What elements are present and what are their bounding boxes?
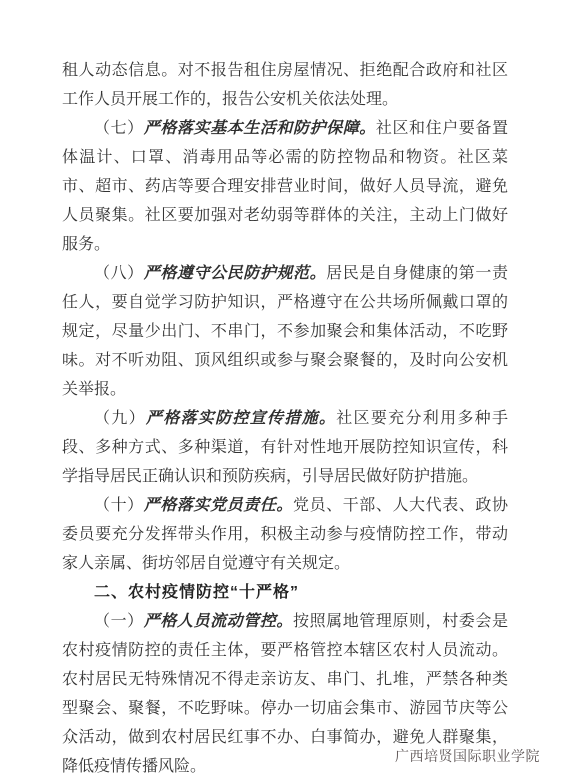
clause-number: （七） <box>94 120 144 137</box>
institution-watermark: 广西培贤国际职业学院 <box>395 746 540 766</box>
clause-number: （八） <box>94 265 144 282</box>
clause-number: （九） <box>94 410 146 427</box>
document-body: 租人动态信息。对不报告租住房屋情况、拒绝配合政府和社区工作人员开展工作的，报告公… <box>62 56 508 778</box>
paragraph-continuation: 租人动态信息。对不报告租住房屋情况、拒绝配合政府和社区工作人员开展工作的，报告公… <box>62 56 508 114</box>
page-number-mark: 2 <box>466 736 471 746</box>
clause-lead: 严格人员流动管控。 <box>144 613 293 630</box>
section-heading: 二、农村疫情防控“十严格” <box>62 578 508 607</box>
clause-number: （十） <box>94 497 144 514</box>
clause-lead: 严格落实防控宣传措施。 <box>146 410 336 427</box>
paragraph-clause-9: （九）严格落实防控宣传措施。社区要充分利用多种手段、多种方式、多种渠道，有针对性… <box>62 404 508 491</box>
paragraph-text: 社区和住户要备置体温计、口罩、消毒用品等必需的防控物品和物资。社区菜市、超市、药… <box>62 120 508 253</box>
paragraph-text: 租人动态信息。对不报告租住房屋情况、拒绝配合政府和社区工作人员开展工作的，报告公… <box>62 62 508 108</box>
clause-lead: 严格落实党员责任。 <box>144 497 293 514</box>
paragraph-clause-10: （十）严格落实党员责任。党员、干部、人大代表、政协委员要充分发挥带头作用，积极主… <box>62 491 508 578</box>
paragraph-clause-8: （八）严格遵守公民防护规范。居民是自身健康的第一责任人，要自觉学习防护知识，严格… <box>62 259 508 404</box>
document-page: 租人动态信息。对不报告租住房屋情况、拒绝配合政府和社区工作人员开展工作的，报告公… <box>0 0 564 778</box>
paragraph-text: 居民是自身健康的第一责任人，要自觉学习防护知识，严格遵守在公共场所佩戴口罩的规定… <box>62 265 508 398</box>
clause-lead: 严格落实基本生活和防护保障。 <box>144 120 376 137</box>
paragraph-clause-7: （七）严格落实基本生活和防护保障。社区和住户要备置体温计、口罩、消毒用品等必需的… <box>62 114 508 259</box>
clause-number: （一） <box>94 613 144 630</box>
clause-lead: 严格遵守公民防护规范。 <box>144 265 326 282</box>
